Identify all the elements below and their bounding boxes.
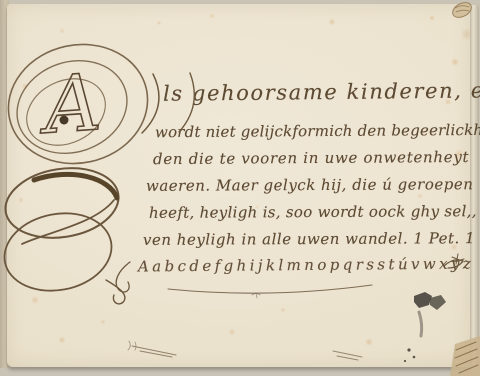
- text-line-6: ven heyligh in alle uwen wandel. 1 Pet. …: [143, 229, 475, 249]
- text-line-4: waeren. Maer gelyck hij, die ú geroepen: [146, 175, 473, 195]
- text-line-2: wordt niet gelijckformich den begeerlick…: [155, 121, 480, 141]
- manuscript-photo: ls gehoorsame kinderen, en wordt niet ge…: [0, 0, 480, 376]
- manuscript-page: ls gehoorsame kinderen, en wordt niet ge…: [7, 4, 470, 367]
- text-line-3: den die te vooren in uwe onwetenheyt: [153, 148, 469, 168]
- alphabet-line: Aabcdefghijklmnopqrsstúvwxyz: [138, 255, 474, 276]
- text-line-5: heeft, heyligh is, soo wordt oock ghy se…: [149, 202, 477, 222]
- text-line-1: ls gehoorsame kinderen, en: [163, 78, 480, 106]
